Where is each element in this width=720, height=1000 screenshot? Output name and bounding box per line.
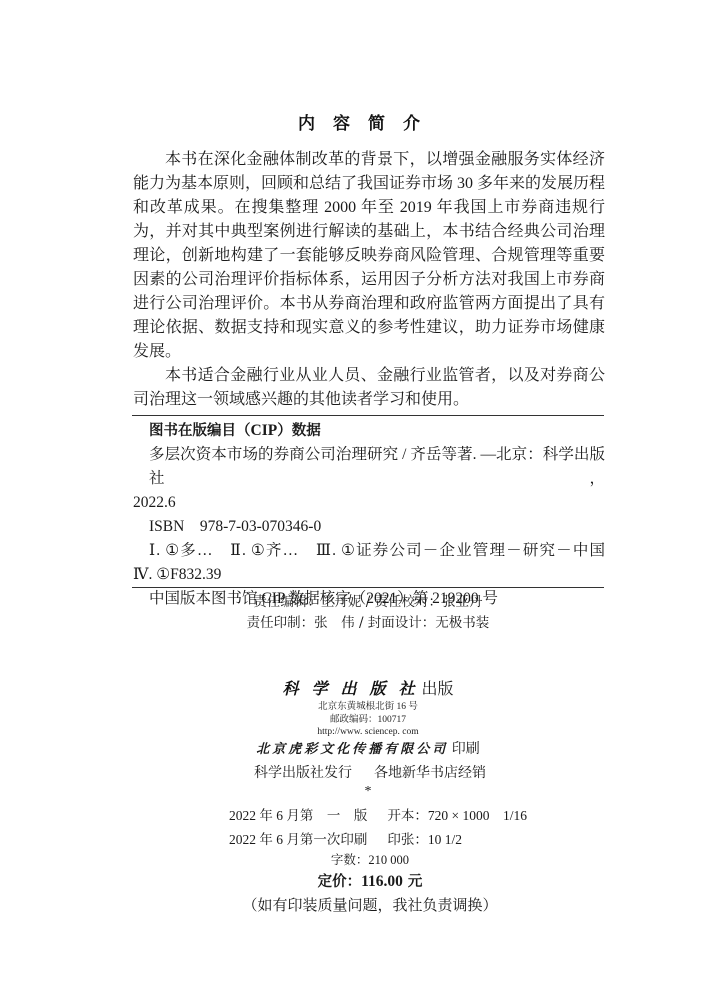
cip-date-line: 2022.6: [133, 491, 605, 515]
copyright-page: 内容简介 本书在深化金融体制改革的背景下，以增强金融服务实体经济能力为基本原则，…: [0, 0, 720, 1000]
publisher-address: 北京东黄城根北街 16 号: [0, 701, 720, 714]
intro-paragraph-2: 本书适合金融行业从业人员、金融行业监管者，以及对券商公司治理这一领域感兴趣的其他…: [133, 364, 605, 412]
price-label: 定价：: [318, 874, 362, 890]
page-title: 内容简介: [0, 109, 720, 134]
cip-top-divider: [132, 415, 604, 416]
distribution-info: 科学出版社发行各地新华书店经销: [0, 762, 720, 782]
cip-class-code: Ⅳ. ①F832.39: [133, 563, 605, 587]
book-introduction: 本书在深化金融体制改革的背景下，以增强金融服务实体经济能力为基本原则，回顾和总结…: [133, 148, 605, 412]
publisher-name: 科学出版社: [282, 679, 427, 698]
printer-info: 北京虎彩文化传播有限公司 印刷: [0, 738, 720, 758]
first-edition: 2022 年 6 月第 一 版: [229, 808, 367, 823]
issuer: 科学出版社发行: [254, 766, 352, 781]
first-printing: 2022 年 6 月第一次印刷: [229, 832, 367, 847]
printer-suffix: 印刷: [452, 742, 480, 757]
publisher-postcode: 邮政编码：100717: [0, 714, 720, 727]
word-count: 字数：210 000: [0, 850, 720, 868]
printed-sheets: 印张：10 1/2: [387, 832, 462, 847]
intro-paragraph-1: 本书在深化金融体制改革的背景下，以增强金融服务实体经济能力为基本原则，回顾和总结…: [133, 148, 605, 364]
cip-title-line: 多层次资本市场的券商公司治理研究 / 齐岳等著. —北京：科学出版社，: [133, 443, 605, 491]
editorial-staff: 责任编辑：王丹妮 / 责任校对：张亚丹 责任印制：张 伟 / 封面设计：无极书装: [0, 592, 720, 634]
price-value: 116.00: [361, 873, 403, 890]
publisher-website: http://www. sciencep. com: [0, 726, 720, 739]
quality-note: （如有印装质量问题，我社负责调换）: [0, 894, 720, 915]
staff-line-production: 责任印制：张 伟 / 封面设计：无极书装: [0, 613, 720, 634]
publisher-info: 科学出版社出版 北京东黄城根北街 16 号 邮政编码：100717 http:/…: [0, 676, 720, 739]
asterisk-separator: *: [0, 784, 720, 800]
cip-heading-prefix: 图书在版编目（: [149, 423, 251, 439]
price: 定价：116.00 元: [0, 870, 720, 891]
printer-name: 北京虎彩文化传播有限公司: [256, 742, 448, 757]
cip-classification: Ⅰ. ①多… Ⅱ. ①齐… Ⅲ. ①证券公司－企业管理－研究－中国: [133, 539, 605, 563]
cip-heading: 图书在版编目（CIP）数据: [133, 419, 605, 443]
edition-line: 2022 年 6 月第 一 版开本：720 × 1000 1/16: [229, 804, 527, 824]
cip-heading-suffix: ）数据: [277, 423, 321, 439]
cip-heading-latin: CIP: [251, 422, 278, 439]
staff-line-editors: 责任编辑：王丹妮 / 责任校对：张亚丹: [0, 592, 720, 613]
cip-data-block: 图书在版编目（CIP）数据 多层次资本市场的券商公司治理研究 / 齐岳等著. —…: [133, 419, 605, 611]
cip-isbn: ISBN 978-7-03-070346-0: [133, 515, 605, 539]
book-format: 开本：720 × 1000 1/16: [387, 808, 527, 823]
printing-line: 2022 年 6 月第一次印刷印张：10 1/2: [229, 828, 462, 848]
seller: 各地新华书店经销: [374, 766, 486, 781]
price-unit: 元: [403, 874, 423, 890]
publisher-line: 科学出版社出版: [0, 676, 720, 699]
cip-bottom-divider: [132, 587, 604, 588]
publisher-suffix: 出版: [422, 681, 454, 698]
